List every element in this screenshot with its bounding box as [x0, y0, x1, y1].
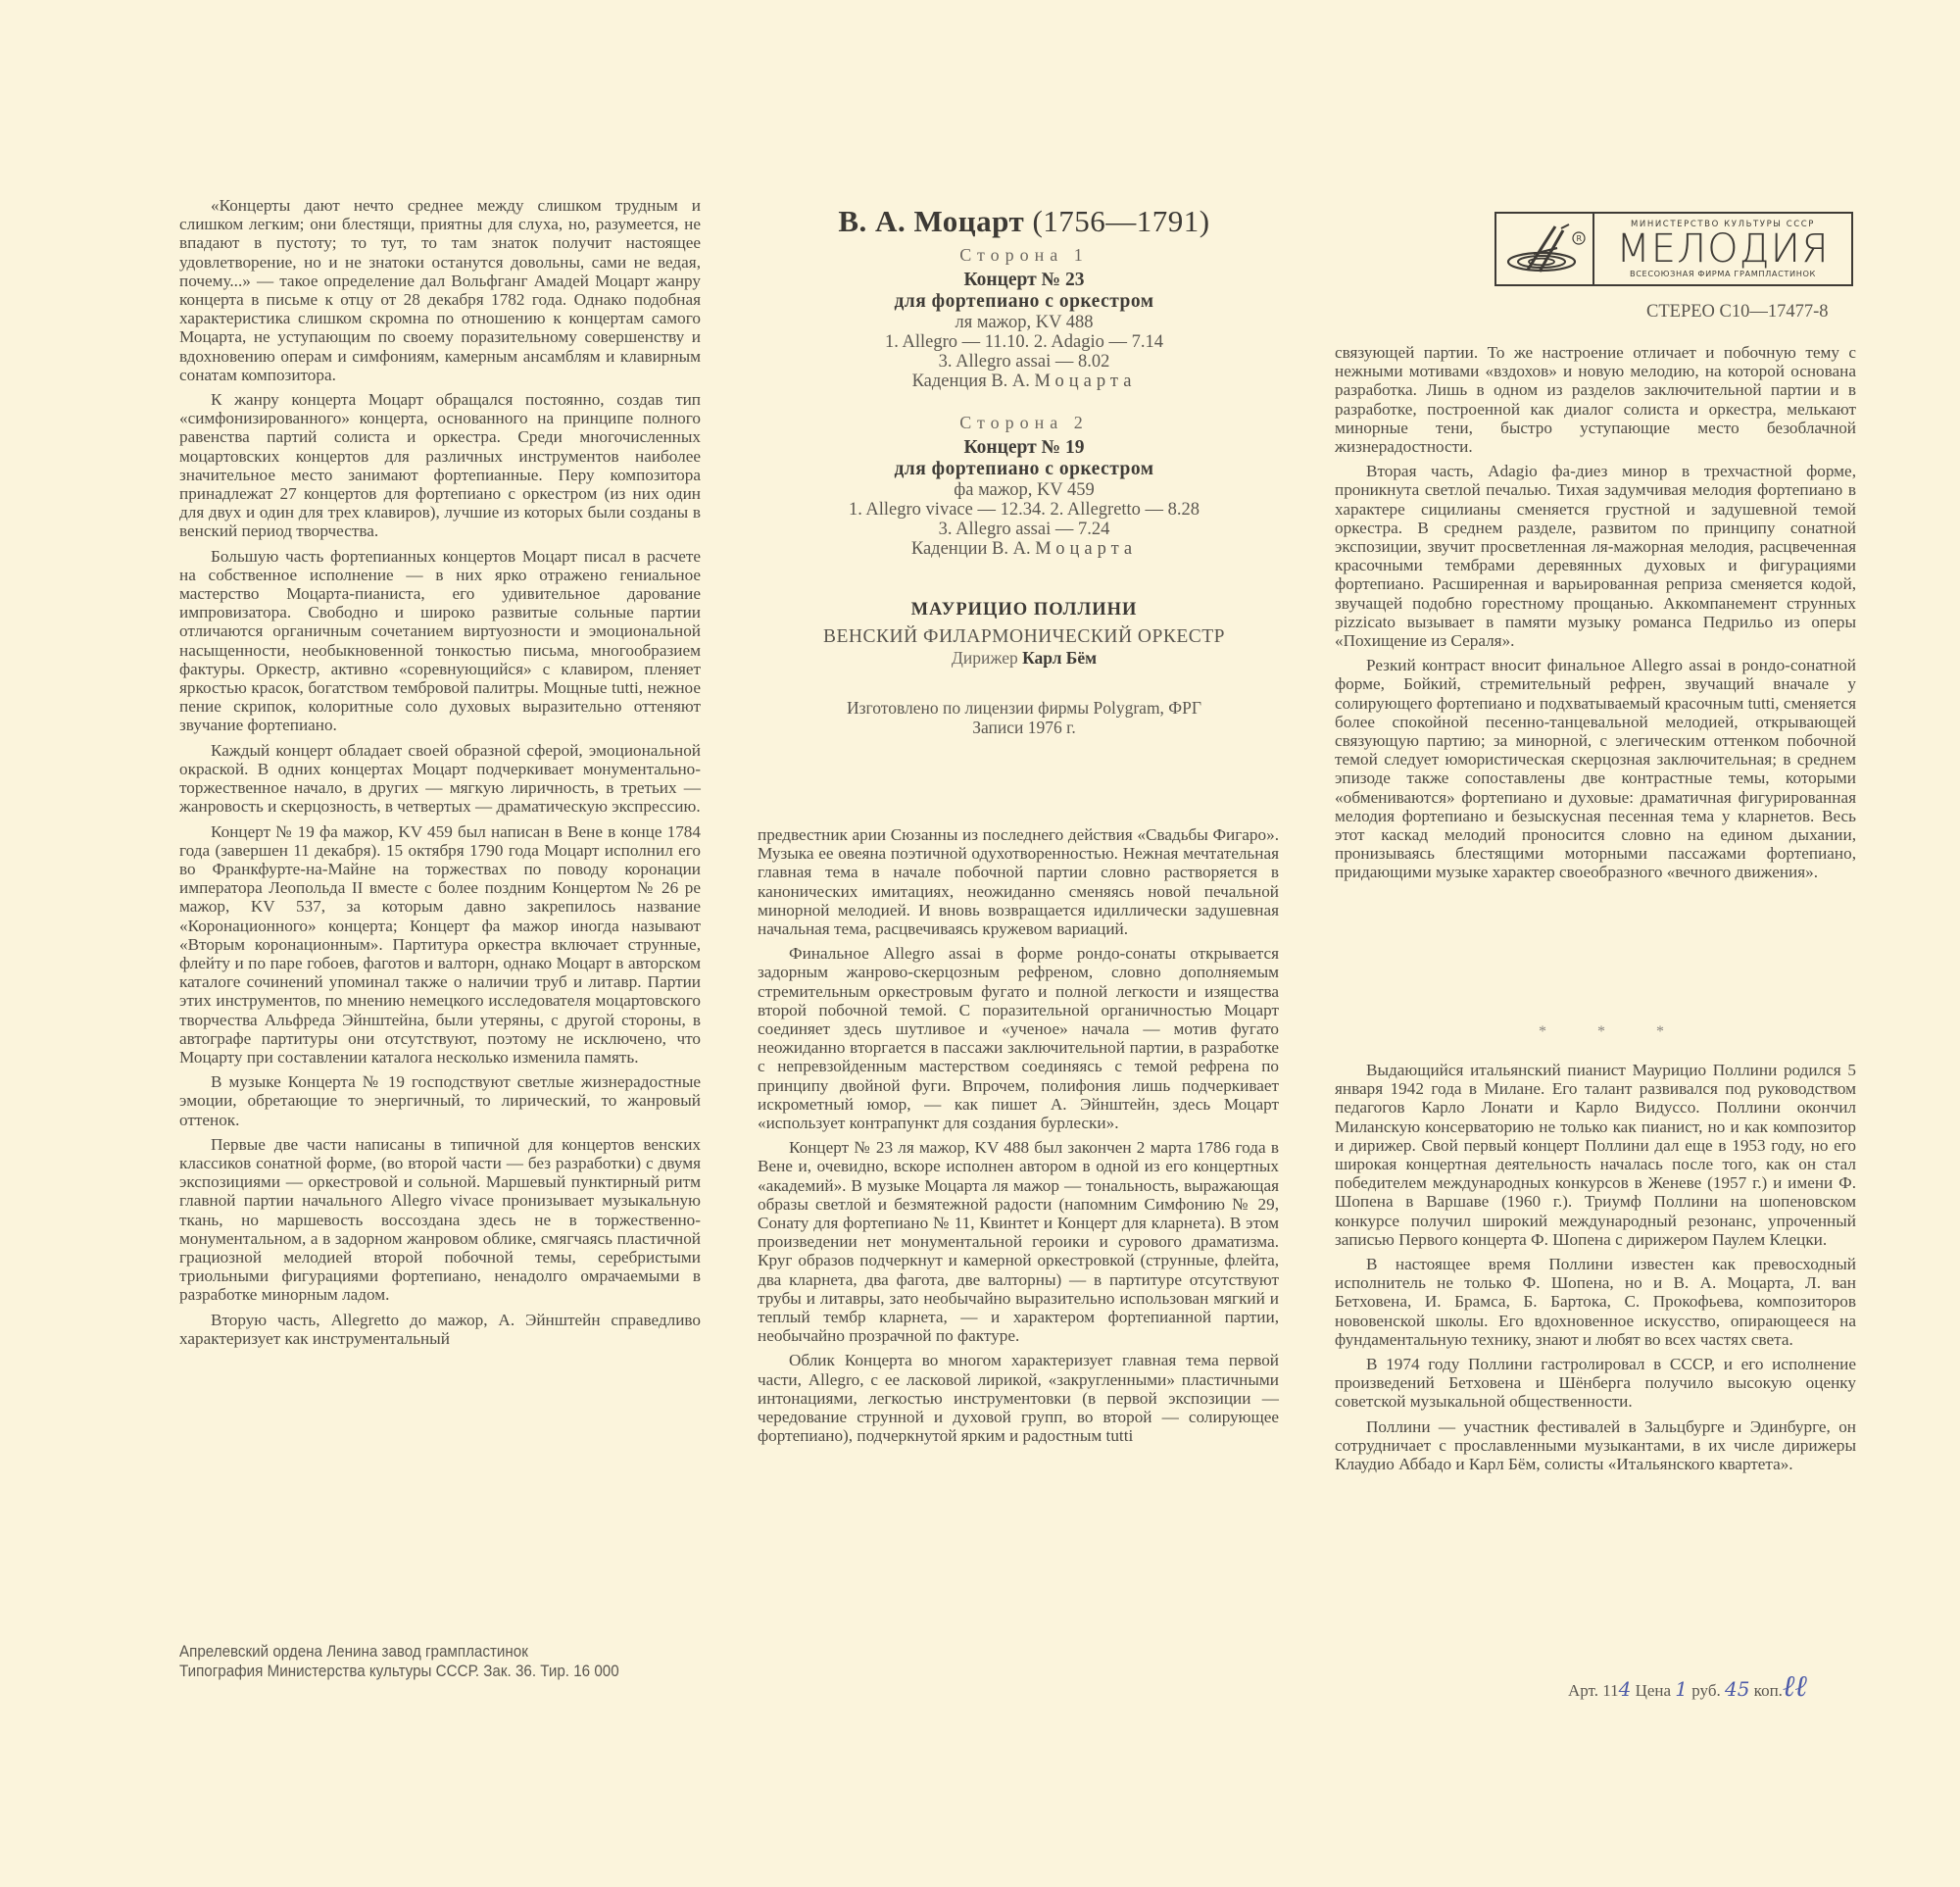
- printing-info: Типография Министерства культуры СССР. З…: [179, 1662, 619, 1681]
- plant-name: Апрелевский ордена Ленина завод грамплас…: [179, 1642, 619, 1662]
- concerto-key: фа мажор, KV 459: [774, 480, 1274, 500]
- notes-paragraph: Первые две части написаны в типичной для…: [179, 1135, 701, 1305]
- notes-paragraph: «Концерты дают нечто среднее между слишк…: [179, 196, 701, 384]
- track-listing: В. А. Моцарт (1756—1791) Сторона 1 Конце…: [774, 204, 1274, 737]
- recording-year: Записи 1976 г.: [774, 718, 1274, 737]
- bio-paragraph: В 1974 году Поллини гастролировал в СССР…: [1335, 1355, 1856, 1412]
- handwritten-kopecks: 45: [1725, 1677, 1749, 1701]
- cadenza-prefix: Каденция В. А.: [912, 372, 1030, 391]
- cadenza-name: Моцарта: [1035, 539, 1137, 559]
- license-note: Изготовлено по лицензии фирмы Polygram, …: [774, 698, 1274, 737]
- composer-name: В. А. Моцарт: [838, 204, 1024, 238]
- manufacturer-credits: Апрелевский ордена Ленина завод грамплас…: [179, 1642, 619, 1681]
- side-1: Сторона 1 Концерт № 23 для фортепиано с …: [774, 245, 1274, 391]
- notes-paragraph: Вторая часть, Adagio фа-диез минор в тре…: [1335, 462, 1856, 650]
- cadenza-name: Моцарта: [1035, 372, 1137, 391]
- concerto-subtitle: для фортепиано с оркестром: [774, 459, 1274, 480]
- concerto-title: Концерт № 19: [774, 437, 1274, 459]
- liner-notes-right-column: связующей партии. То же настроение отлич…: [1335, 343, 1856, 888]
- cadenza-credit: Каденции В. А. Моцарта: [774, 539, 1274, 559]
- notes-paragraph: Большую часть фортепианных концертов Моц…: [179, 547, 701, 735]
- notes-paragraph: связующей партии. То же настроение отлич…: [1335, 343, 1856, 456]
- notes-paragraph: Концерт № 19 фа мажор, KV 459 был написа…: [179, 822, 701, 1068]
- article-label: Арт. 11: [1568, 1681, 1619, 1700]
- conductor-credit: Дирижер Карл Бём: [774, 648, 1274, 669]
- notes-paragraph: Вторую часть, Allegretto до мажор, А. Эй…: [179, 1311, 701, 1348]
- liner-notes-left-column: «Концерты дают нечто среднее между слишк…: [179, 196, 701, 1354]
- catalog-number: СТЕРЕО С10—17477-8: [1646, 302, 1829, 323]
- notes-paragraph: Каждый концерт обладает своей образной с…: [179, 741, 701, 817]
- svg-text:R: R: [1577, 234, 1583, 243]
- notes-paragraph: Финальное Allegro assai в форме рондо-со…: [758, 944, 1279, 1132]
- bio-paragraph: Поллини — участник фестивалей в Зальцбур…: [1335, 1417, 1856, 1474]
- bio-paragraph: В настоящее время Поллини известен как п…: [1335, 1255, 1856, 1349]
- soloist-name: МАУРИЦИО ПОЛЛИНИ: [774, 600, 1274, 621]
- handwritten-rubles: 1: [1675, 1677, 1688, 1701]
- notes-paragraph: Концерт № 23 ля мажор, KV 488 был законч…: [758, 1138, 1279, 1345]
- melodiya-logo: R МИНИСТЕРСТВО КУЛЬТУРЫ СССР МЕЛОДИЯ ВСЕ…: [1494, 212, 1853, 286]
- tracks-line: 3. Allegro assai — 7.24: [774, 520, 1274, 539]
- notes-paragraph: предвестник арии Сюзанны из последнего д…: [758, 825, 1279, 938]
- tracks-line: 1. Allegro vivace — 12.34. 2. Allegretto…: [774, 500, 1274, 520]
- cadenza-credit: Каденция В. А. Моцарта: [774, 372, 1274, 391]
- bio-paragraph: Выдающийся итальянский пианист Маурицио …: [1335, 1061, 1856, 1249]
- orchestra-name: ВЕНСКИЙ ФИЛАРМОНИЧЕСКИЙ ОРКЕСТР: [774, 626, 1274, 648]
- composer-title: В. А. Моцарт (1756—1791): [774, 204, 1274, 239]
- concerto-subtitle: для фортепиано с оркестром: [774, 291, 1274, 313]
- side-label: Сторона 1: [774, 245, 1274, 266]
- notes-paragraph: К жанру концерта Моцарт обращался постоя…: [179, 390, 701, 541]
- tracks-line: 1. Allegro — 11.10. 2. Adagio — 7.14: [774, 332, 1274, 352]
- brand-name: МЕЛОДИЯ: [1616, 229, 1829, 269]
- concerto-title: Концерт № 23: [774, 270, 1274, 291]
- tracks-line: 3. Allegro assai — 8.02: [774, 352, 1274, 372]
- notes-paragraph: Резкий контраст вносит финальное Allegro…: [1335, 656, 1856, 881]
- section-separator: * * *: [1539, 1023, 1688, 1041]
- conductor-label: Дирижер: [952, 648, 1018, 668]
- pianist-biography: Выдающийся итальянский пианист Маурицио …: [1335, 1061, 1856, 1479]
- cadenza-prefix: Каденции В. А.: [911, 539, 1031, 559]
- kopecks-label: коп.: [1754, 1681, 1783, 1700]
- firm-line: ВСЕСОЮЗНАЯ ФИРМА ГРАМПЛАСТИНОК: [1630, 269, 1816, 278]
- price-line: Арт. 114 Цена 1 руб. 45 коп.ℓℓ: [1568, 1669, 1807, 1704]
- melodiya-record-mark-icon: R: [1496, 214, 1594, 284]
- liner-notes-middle-column: предвестник арии Сюзанны из последнего д…: [758, 825, 1279, 1452]
- handwritten-signature: ℓℓ: [1783, 1669, 1807, 1704]
- concerto-key: ля мажор, KV 488: [774, 313, 1274, 332]
- side-label: Сторона 2: [774, 413, 1274, 433]
- composer-years: (1756—1791): [1032, 204, 1209, 238]
- notes-paragraph: В музыке Концерта № 19 господствуют свет…: [179, 1072, 701, 1129]
- notes-paragraph: Облик Концерта во многом характеризует г…: [758, 1351, 1279, 1445]
- melodiya-wordmark: МИНИСТЕРСТВО КУЛЬТУРЫ СССР МЕЛОДИЯ ВСЕСО…: [1594, 214, 1851, 284]
- price-label: Цена: [1636, 1681, 1671, 1700]
- license-line: Изготовлено по лицензии фирмы Polygram, …: [774, 698, 1274, 718]
- rubles-label: руб.: [1691, 1681, 1720, 1700]
- side-2: Сторона 2 Концерт № 19 для фортепиано с …: [774, 413, 1274, 559]
- conductor-name: Карл Бём: [1022, 648, 1097, 668]
- handwritten-article-digit: 4: [1619, 1677, 1632, 1701]
